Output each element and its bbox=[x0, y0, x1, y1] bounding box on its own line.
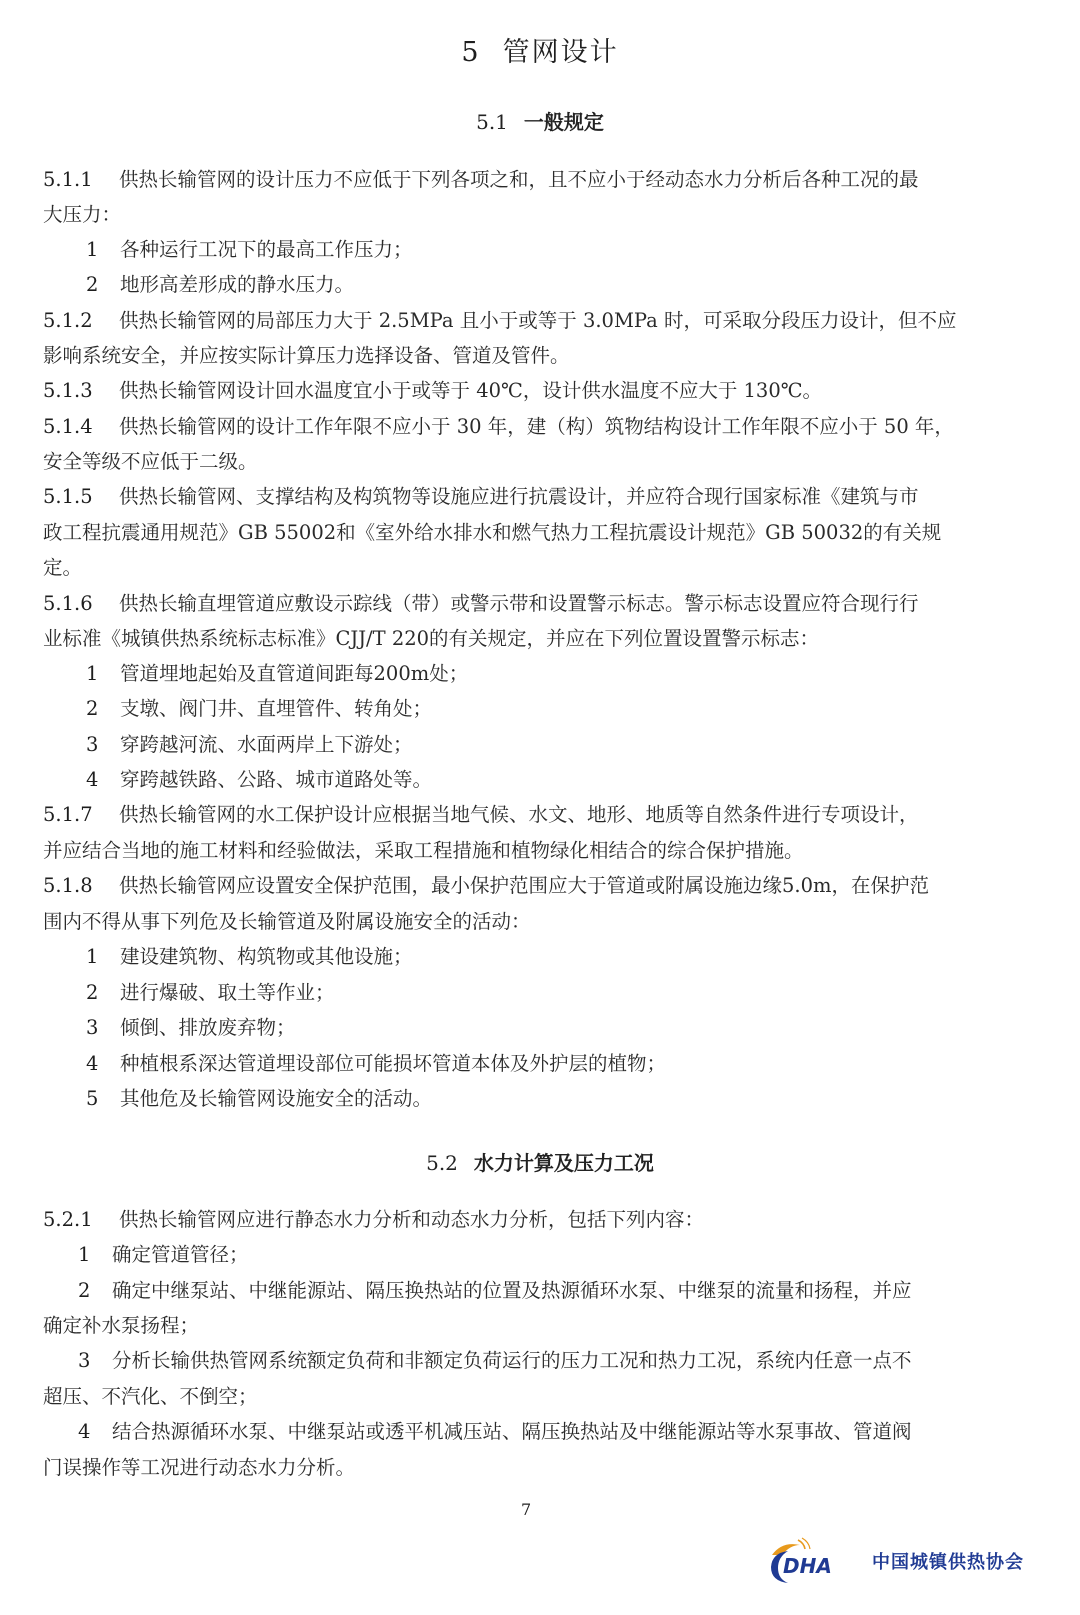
clause-text: 供热长输管网的设计工作年限不应小于 30 年，建（构）筑物结构设计工作年限不应小… bbox=[119, 415, 954, 438]
line-text: 门误操作等工况进行动态水力分析。 bbox=[43, 1456, 355, 1479]
logo-organization-name: 中国城镇供热协会 bbox=[872, 1548, 1024, 1574]
item-number: 3 bbox=[86, 1016, 120, 1040]
section-title-5-2: 5.2水力计算及压力工况 bbox=[0, 1147, 1080, 1176]
line-text: 定。 bbox=[43, 556, 82, 579]
item-number: 1 bbox=[86, 238, 120, 262]
item-number: 4 bbox=[86, 768, 120, 792]
line-text: 围内不得从事下列危及长输管道及附属设施安全的活动： bbox=[43, 910, 531, 933]
item-text: 穿跨越铁路、公路、城市道路处等。 bbox=[120, 768, 432, 791]
clause-number: 5.1.5 bbox=[43, 485, 119, 509]
item-number: 5 bbox=[86, 1087, 120, 1111]
clause-number: 5.1.6 bbox=[43, 592, 119, 616]
item-text: 地形高差形成的静水压力。 bbox=[120, 273, 354, 296]
line-text: 并应结合当地的施工材料和经验做法，采取工程措施和植物绿化相结合的综合保护措施。 bbox=[43, 839, 804, 862]
clause-number: 5.1.3 bbox=[43, 379, 119, 403]
item-text: 确定中继泵站、中继能源站、隔压换热站的位置及热源循环水泵、中继泵的流量和扬程，并… bbox=[112, 1279, 912, 1302]
cdha-logo-icon: DHA bbox=[768, 1537, 868, 1587]
continuation-line: 大压力： bbox=[43, 203, 1038, 227]
clause-number: 5.2.1 bbox=[43, 1208, 119, 1232]
clause-text: 供热长输管网、支撑结构及构筑物等设施应进行抗震设计，并应符合现行国家标准《建筑与… bbox=[119, 485, 919, 508]
svg-text:DHA: DHA bbox=[783, 1554, 832, 1578]
continuation-line: 门误操作等工况进行动态水力分析。 bbox=[43, 1456, 1038, 1480]
line-text: 超压、不汽化、不倒空； bbox=[43, 1385, 258, 1408]
clause-number: 5.1.8 bbox=[43, 874, 119, 898]
list-item: 1各种运行工况下的最高工作压力； bbox=[86, 238, 1080, 262]
page-number: 7 bbox=[521, 1500, 531, 1519]
clause-line: 5.2.1供热长输管网应进行静态水力分析和动态水力分析，包括下列内容： bbox=[43, 1208, 1038, 1232]
clause-number: 5.1.4 bbox=[43, 415, 119, 439]
list-item: 1确定管道管径； bbox=[78, 1243, 1073, 1267]
clause-text: 供热长输管网应设置安全保护范围，最小保护范围应大于管道或附属设施边缘5.0m，在… bbox=[119, 874, 929, 897]
line-text: 确定补水泵扬程； bbox=[43, 1314, 199, 1337]
list-item: 4结合热源循环水泵、中继泵站或透平机减压站、隔压换热站及中继能源站等水泵事故、管… bbox=[78, 1420, 1073, 1444]
cdha-logo: DHA 中国城镇供热协会 bbox=[768, 1537, 1068, 1587]
continuation-line: 确定补水泵扬程； bbox=[43, 1314, 1038, 1338]
clause-line: 5.1.7供热长输管网的水工保护设计应根据当地气候、水文、地形、地质等自然条件进… bbox=[43, 803, 1038, 827]
list-item: 3分析长输供热管网系统额定负荷和非额定负荷运行的压力工况和热力工况，系统内任意一… bbox=[78, 1349, 1073, 1373]
clause-line: 5.1.1供热长输管网的设计压力不应低于下列各项之和，且不应小于经动态水力分析后… bbox=[43, 168, 1038, 192]
item-number: 3 bbox=[78, 1349, 112, 1373]
list-item: 4种植根系深达管道埋设部位可能损坏管道本体及外护层的植物； bbox=[86, 1052, 1080, 1076]
item-text: 分析长输供热管网系统额定负荷和非额定负荷运行的压力工况和热力工况，系统内任意一点… bbox=[112, 1349, 912, 1372]
line-text: 大压力： bbox=[43, 203, 121, 226]
list-item: 4穿跨越铁路、公路、城市道路处等。 bbox=[86, 768, 1080, 792]
document-page: 5管网设计 5.1一般规定 5.1.1供热长输管网的设计压力不应低于下列各项之和… bbox=[0, 0, 1080, 1615]
list-item: 2确定中继泵站、中继能源站、隔压换热站的位置及热源循环水泵、中继泵的流量和扬程，… bbox=[78, 1279, 1073, 1303]
continuation-line: 影响系统安全，并应按实际计算压力选择设备、管道及管件。 bbox=[43, 344, 1038, 368]
item-text: 穿跨越河流、水面两岸上下游处； bbox=[120, 733, 413, 756]
item-text: 倾倒、排放废弃物； bbox=[120, 1016, 296, 1039]
item-text: 种植根系深达管道埋设部位可能损坏管道本体及外护层的植物； bbox=[120, 1052, 666, 1075]
item-number: 1 bbox=[78, 1243, 112, 1267]
item-number: 1 bbox=[86, 945, 120, 969]
clause-number: 5.1.2 bbox=[43, 309, 119, 333]
item-number: 2 bbox=[86, 981, 120, 1005]
list-item: 3倾倒、排放废弃物； bbox=[86, 1016, 1080, 1040]
item-number: 2 bbox=[78, 1279, 112, 1303]
continuation-line: 政工程抗震通用规范》GB 55002和《室外给水排水和燃气热力工程抗震设计规范》… bbox=[43, 521, 1038, 545]
chapter-number: 5 bbox=[461, 37, 480, 68]
list-item: 3穿跨越河流、水面两岸上下游处； bbox=[86, 733, 1080, 757]
clause-text: 供热长输直埋管道应敷设示踪线（带）或警示带和设置警示标志。警示标志设置应符合现行… bbox=[119, 592, 919, 615]
item-number: 4 bbox=[86, 1052, 120, 1076]
clause-line: 5.1.6供热长输直埋管道应敷设示踪线（带）或警示带和设置警示标志。警示标志设置… bbox=[43, 592, 1038, 616]
line-text: 安全等级不应低于二级。 bbox=[43, 450, 258, 473]
clause-text: 供热长输管网的水工保护设计应根据当地气候、水文、地形、地质等自然条件进行专项设计… bbox=[119, 803, 919, 826]
section-title-5-1: 5.1一般规定 bbox=[0, 106, 1080, 135]
item-text: 各种运行工况下的最高工作压力； bbox=[120, 238, 413, 261]
chapter-title: 5管网设计 bbox=[0, 30, 1080, 69]
continuation-line: 并应结合当地的施工材料和经验做法，采取工程措施和植物绿化相结合的综合保护措施。 bbox=[43, 839, 1038, 863]
list-item: 1管道埋地起始及直管道间距每200m处； bbox=[86, 662, 1080, 686]
item-text: 进行爆破、取土等作业； bbox=[120, 981, 335, 1004]
item-text: 建设建筑物、构筑物或其他设施； bbox=[120, 945, 413, 968]
continuation-line: 围内不得从事下列危及长输管道及附属设施安全的活动： bbox=[43, 910, 1038, 934]
item-text: 其他危及长输管网设施安全的活动。 bbox=[120, 1087, 432, 1110]
item-text: 管道埋地起始及直管道间距每200m处； bbox=[120, 662, 468, 685]
item-text: 结合热源循环水泵、中继泵站或透平机减压站、隔压换热站及中继能源站等水泵事故、管道… bbox=[112, 1420, 912, 1443]
clause-text: 供热长输管网设计回水温度宜小于或等于 40℃，设计供水温度不应大于 130℃。 bbox=[119, 379, 822, 402]
clause-number: 5.1.7 bbox=[43, 803, 119, 827]
item-number: 3 bbox=[86, 733, 120, 757]
section-title-text: 一般规定 bbox=[524, 110, 604, 134]
clause-line: 5.1.8供热长输管网应设置安全保护范围，最小保护范围应大于管道或附属设施边缘5… bbox=[43, 874, 1038, 898]
clause-line: 5.1.5供热长输管网、支撑结构及构筑物等设施应进行抗震设计，并应符合现行国家标… bbox=[43, 485, 1038, 509]
line-text: 政工程抗震通用规范》GB 55002和《室外给水排水和燃气热力工程抗震设计规范》… bbox=[43, 521, 941, 544]
chapter-title-text: 管网设计 bbox=[503, 37, 619, 68]
clause-text: 供热长输管网的局部压力大于 2.5MPa 且小于或等于 3.0MPa 时，可采取… bbox=[119, 309, 957, 332]
list-item: 5其他危及长输管网设施安全的活动。 bbox=[86, 1087, 1080, 1111]
item-number: 1 bbox=[86, 662, 120, 686]
clause-line: 5.1.4供热长输管网的设计工作年限不应小于 30 年，建（构）筑物结构设计工作… bbox=[43, 415, 1038, 439]
item-text: 确定管道管径； bbox=[112, 1243, 249, 1266]
line-text: 业标准《城镇供热系统标志标准》CJJ/T 220的有关规定，并应在下列位置设置警… bbox=[43, 627, 819, 650]
section-number: 5.2 bbox=[426, 1151, 458, 1175]
clause-text: 供热长输管网应进行静态水力分析和动态水力分析，包括下列内容： bbox=[119, 1208, 704, 1231]
list-item: 1建设建筑物、构筑物或其他设施； bbox=[86, 945, 1080, 969]
list-item: 2地形高差形成的静水压力。 bbox=[86, 273, 1080, 297]
list-item: 2支墩、阀门井、直埋管件、转角处； bbox=[86, 697, 1080, 721]
item-number: 4 bbox=[78, 1420, 112, 1444]
continuation-line: 安全等级不应低于二级。 bbox=[43, 450, 1038, 474]
line-text: 影响系统安全，并应按实际计算压力选择设备、管道及管件。 bbox=[43, 344, 570, 367]
item-number: 2 bbox=[86, 273, 120, 297]
clause-line: 5.1.3供热长输管网设计回水温度宜小于或等于 40℃，设计供水温度不应大于 1… bbox=[43, 379, 1038, 403]
continuation-line: 定。 bbox=[43, 556, 1038, 580]
section-title-text: 水力计算及压力工况 bbox=[474, 1151, 654, 1175]
item-text: 支墩、阀门井、直埋管件、转角处； bbox=[120, 697, 432, 720]
section-number: 5.1 bbox=[476, 110, 508, 134]
clause-line: 5.1.2供热长输管网的局部压力大于 2.5MPa 且小于或等于 3.0MPa … bbox=[43, 309, 1038, 333]
clause-text: 供热长输管网的设计压力不应低于下列各项之和，且不应小于经动态水力分析后各种工况的… bbox=[119, 168, 919, 191]
continuation-line: 业标准《城镇供热系统标志标准》CJJ/T 220的有关规定，并应在下列位置设置警… bbox=[43, 627, 1038, 651]
clause-number: 5.1.1 bbox=[43, 168, 119, 192]
item-number: 2 bbox=[86, 697, 120, 721]
continuation-line: 超压、不汽化、不倒空； bbox=[43, 1385, 1038, 1409]
list-item: 2进行爆破、取土等作业； bbox=[86, 981, 1080, 1005]
